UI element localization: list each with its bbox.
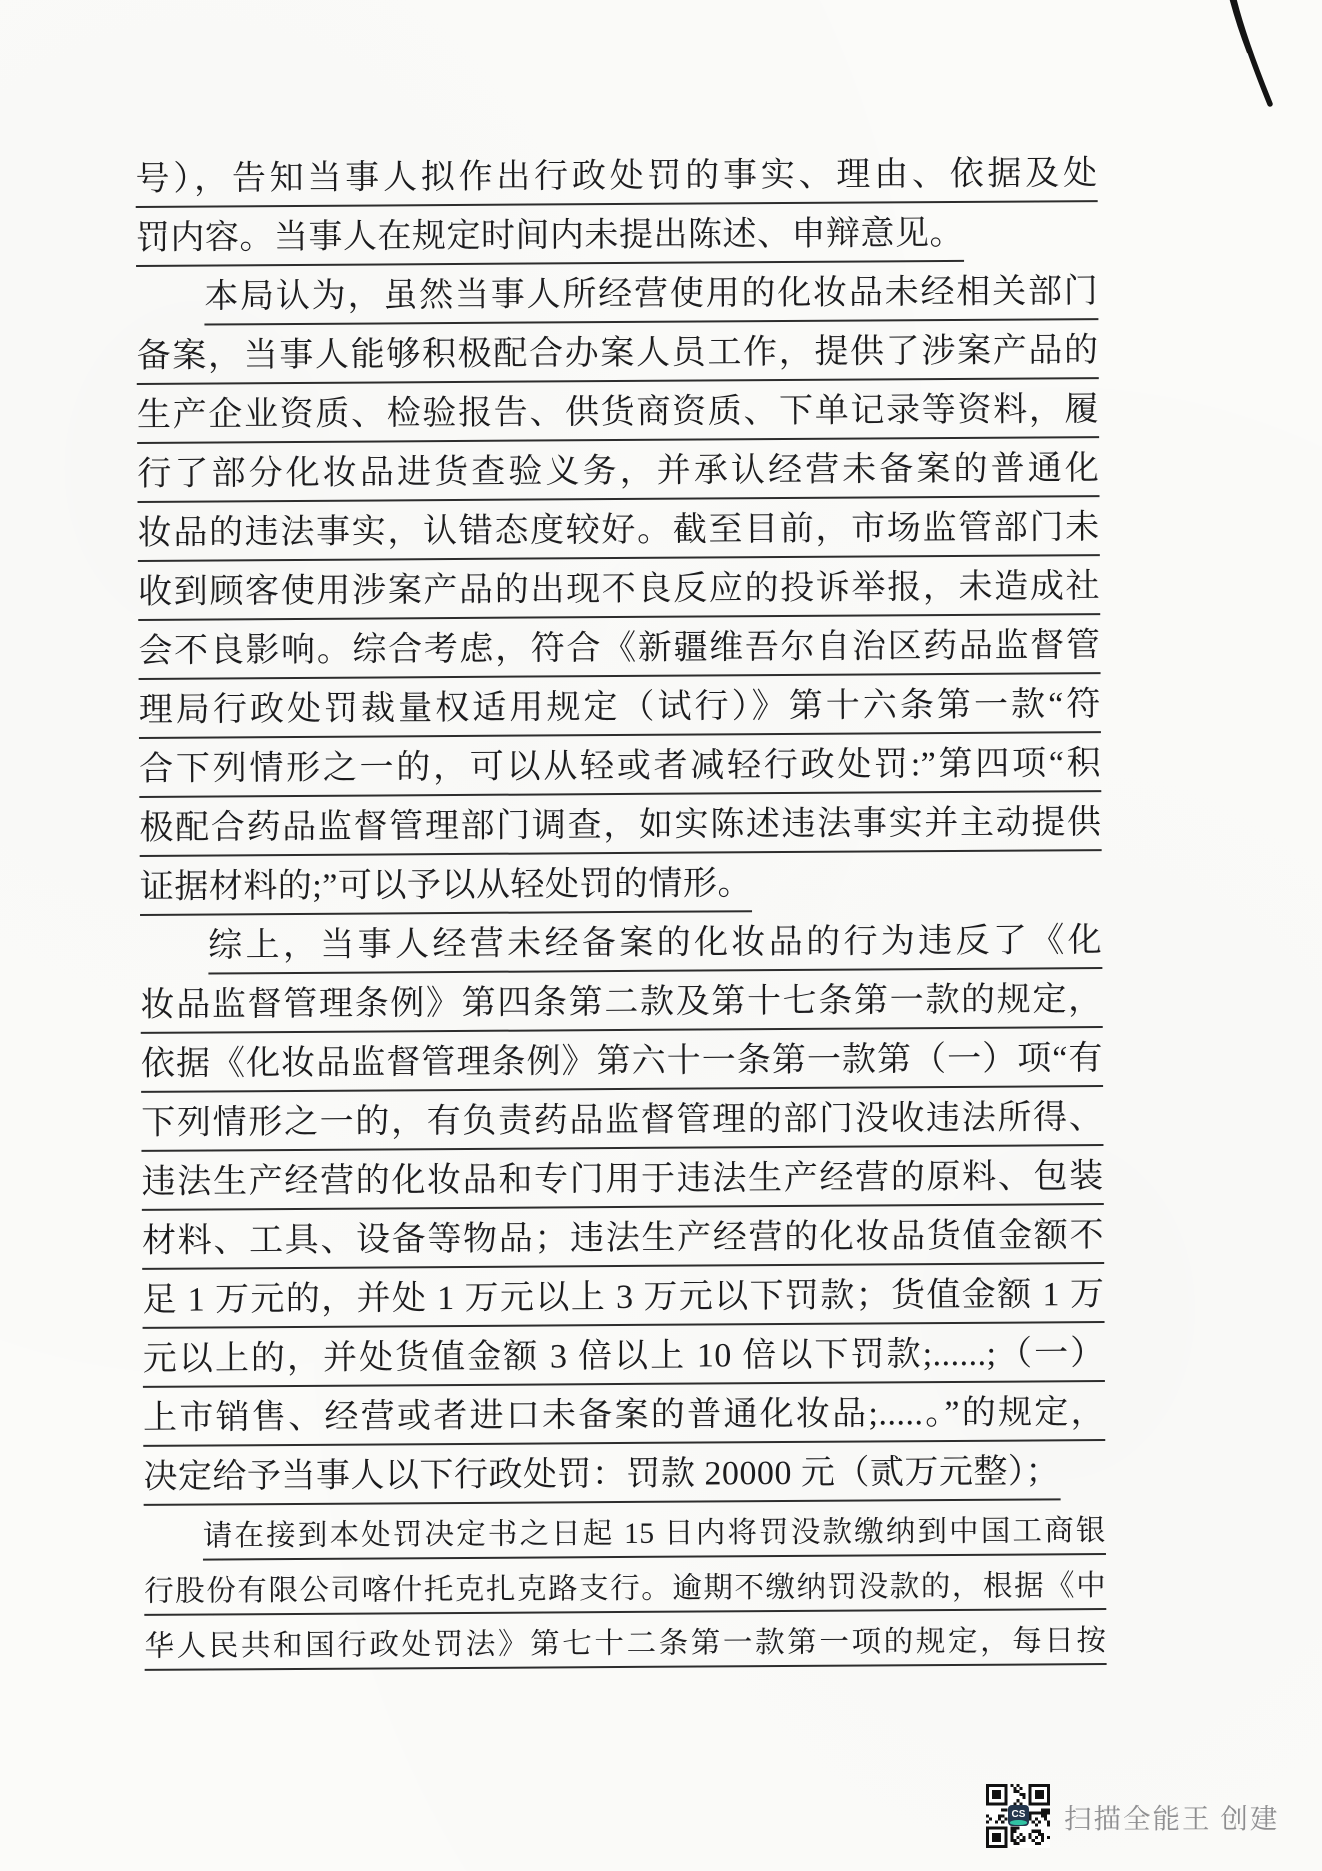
text-line: 决定给予当事人以下行政处罚：罚款 20000 元（贰万元整）； — [143, 1441, 1105, 1506]
paragraph: 本局认为，虽然当事人所经营使用的化妆品未经相关部门备案，当事人能够积极配合办案人… — [136, 261, 1102, 916]
camscanner-logo-icon: CS — [1008, 1805, 1029, 1826]
text-line: 足 1 万元的，并处 1 万元以上 3 万元以下罚款；货值金额 1 万 — [142, 1264, 1104, 1329]
document-text: 号），告知当事人拟作出行政处罚的事实、理由、依据及处罚内容。当事人在规定时间内未… — [135, 143, 1106, 1671]
paragraph: 综上，当事人经营未经备案的化妆品的行为违反了《化妆品监督管理条例》第四条第二款及… — [140, 910, 1106, 1506]
text-line: 证据材料的;”可以予以从轻处罚的情形。 — [140, 851, 1102, 916]
text-line: 备案，当事人能够积极配合办案人员工作，提供了涉案产品的 — [136, 320, 1098, 385]
text-line: 材料、工具、设备等物品；违法生产经营的化妆品货值金额不 — [142, 1205, 1104, 1270]
text-line: 上市销售、经营或者进口未备案的普通化妆品;.....。”的规定， — [143, 1382, 1105, 1447]
text-line: 收到顾客使用涉案产品的出现不良反应的投诉举报，未造成社 — [138, 556, 1100, 621]
text-line: 本局认为，虽然当事人所经营使用的化妆品未经相关部门 — [136, 261, 1098, 326]
text-line: 华人民共和国行政处罚法》第七十二条第一款第一项的规定，每日按 — [144, 1610, 1106, 1671]
text-line: 罚内容。当事人在规定时间内未提出陈述、申辩意见。 — [136, 202, 1098, 267]
qr-code-icon: CS — [986, 1784, 1050, 1848]
text-line: 违法生产经营的化妆品和专门用于违法生产经营的原料、包装 — [141, 1146, 1103, 1211]
text-line: 行股份有限公司喀什托克扎克路支行。逾期不缴纳罚没款的，根据《中 — [144, 1555, 1106, 1616]
page-corner-fold-mark — [1218, 0, 1298, 118]
paragraph: 请在接到本处罚决定书之日起 15 日内将罚没款缴纳到中国工商银行股份有限公司喀什… — [144, 1500, 1107, 1671]
text-line: 号），告知当事人拟作出行政处罚的事实、理由、依据及处 — [135, 143, 1097, 208]
scanned-document-page: 号），告知当事人拟作出行政处罚的事实、理由、依据及处罚内容。当事人在规定时间内未… — [0, 0, 1322, 1871]
text-line: 合下列情形之一的，可以从轻或者减轻行政处罚:”第四项“积 — [139, 733, 1101, 798]
text-line: 妆品监督管理条例》第四条第二款及第十七条第一款的规定， — [140, 969, 1102, 1034]
text-line: 生产企业资质、检验报告、供货商资质、下单记录等资料，履 — [137, 379, 1099, 444]
text-line: 妆品的违法事实，认错态度较好。截至目前，市场监管部门未 — [138, 497, 1100, 562]
text-line: 会不良影响。综合考虑，符合《新疆维吾尔自治区药品监督管 — [138, 615, 1100, 680]
text-line: 理局行政处罚裁量权适用规定（试行）》第十六条第一款“符 — [139, 674, 1101, 739]
text-line: 行了部分化妆品进货查验义务，并承认经营未备案的普通化 — [137, 438, 1099, 503]
paragraph: 号），告知当事人拟作出行政处罚的事实、理由、依据及处罚内容。当事人在规定时间内未… — [135, 143, 1098, 267]
text-line: 下列情形之一的，有负责药品监督管理的部门没收违法所得、 — [141, 1087, 1103, 1152]
text-line: 请在接到本处罚决定书之日起 15 日内将罚没款缴纳到中国工商银 — [144, 1500, 1106, 1561]
text-line: 极配合药品监督管理部门调查，如实陈述违法事实并主动提供 — [139, 792, 1101, 857]
scanner-app-label: 扫描全能王 创建 — [1064, 1796, 1279, 1836]
text-line: 依据《化妆品监督管理条例》第六十一条第一款第（一）项“有 — [141, 1028, 1103, 1093]
text-line: 综上，当事人经营未经备案的化妆品的行为违反了《化 — [140, 910, 1102, 975]
scanner-watermark: CS 扫描全能王 创建 — [986, 1784, 1279, 1848]
text-line: 元以上的，并处货值金额 3 倍以上 10 倍以下罚款;......;（一） — [143, 1323, 1105, 1388]
